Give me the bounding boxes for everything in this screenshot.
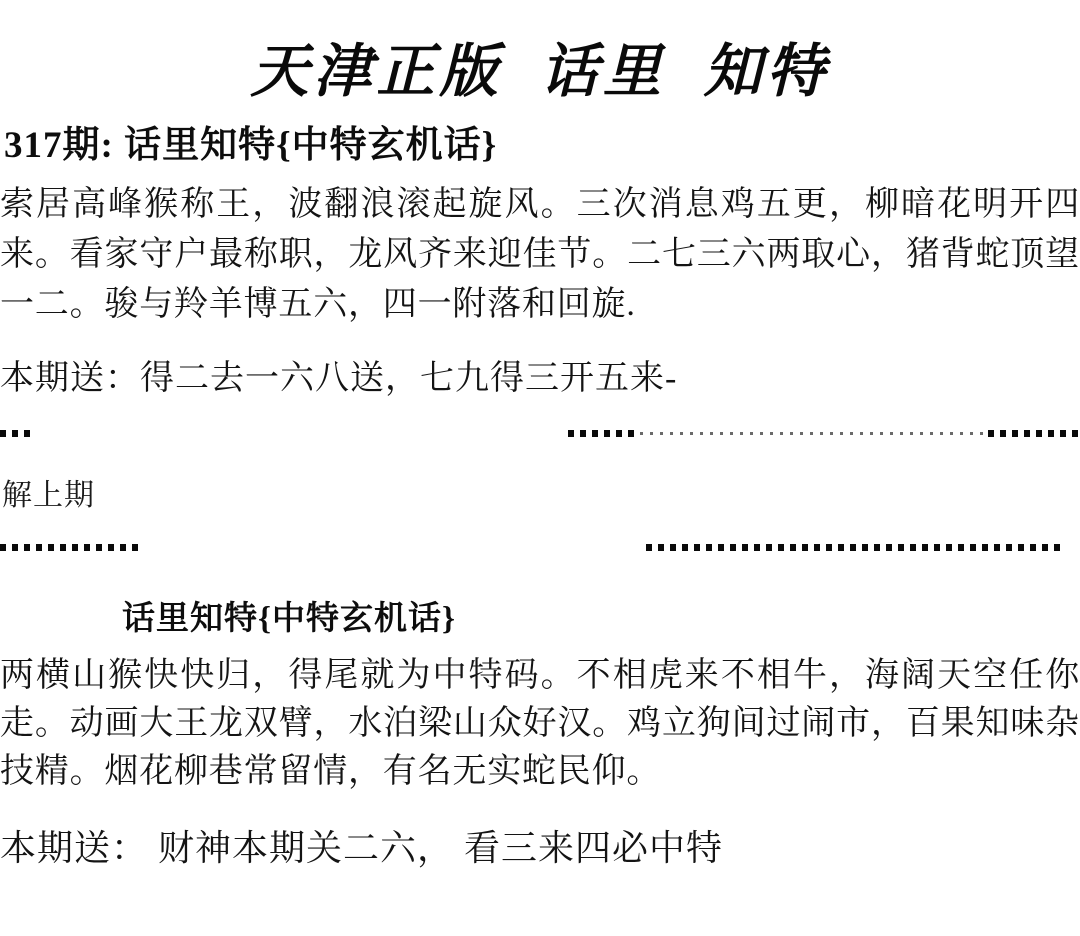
issue-heading: 317期: 话里知特{中特玄机话} <box>4 114 497 168</box>
page-title: 天津正版 话里 知特 <box>0 24 1080 108</box>
dotted-segment-left <box>0 544 142 551</box>
dotted-segment-bold-right <box>988 430 1080 437</box>
section-heading: 话里知特{中特玄机话} <box>122 592 456 639</box>
gift-line-1: 本期送：得二去一六八送，七九得三开五来- <box>0 350 677 399</box>
document-page: 天津正版 话里 知特 317期: 话里知特{中特玄机话} 索居高峰猴称王，波翻浪… <box>0 0 1080 936</box>
dotted-segment-right <box>646 544 1064 551</box>
verse-paragraph-2: 两横山猴快快归，得尾就为中特码。不相虎来不相牛，海阔天空任你走。动画大王龙双臂，… <box>0 652 1080 796</box>
dotted-divider-bottom <box>0 542 1080 552</box>
dotted-segment-bold <box>568 430 640 437</box>
verse-paragraph-1: 索居高峰猴称王，波翻浪滚起旋风。三次消息鸡五更，柳暗花明开四来。看家守户最称职，… <box>0 180 1080 330</box>
gift-line-2: 本期送： 财神本期关二六， 看三来四必中特 <box>0 820 723 871</box>
dotted-divider-top <box>0 428 1080 438</box>
dotted-segment-faint <box>640 432 988 435</box>
solve-previous-label: 解上期 <box>2 470 95 514</box>
dotted-segment-left <box>0 430 32 437</box>
